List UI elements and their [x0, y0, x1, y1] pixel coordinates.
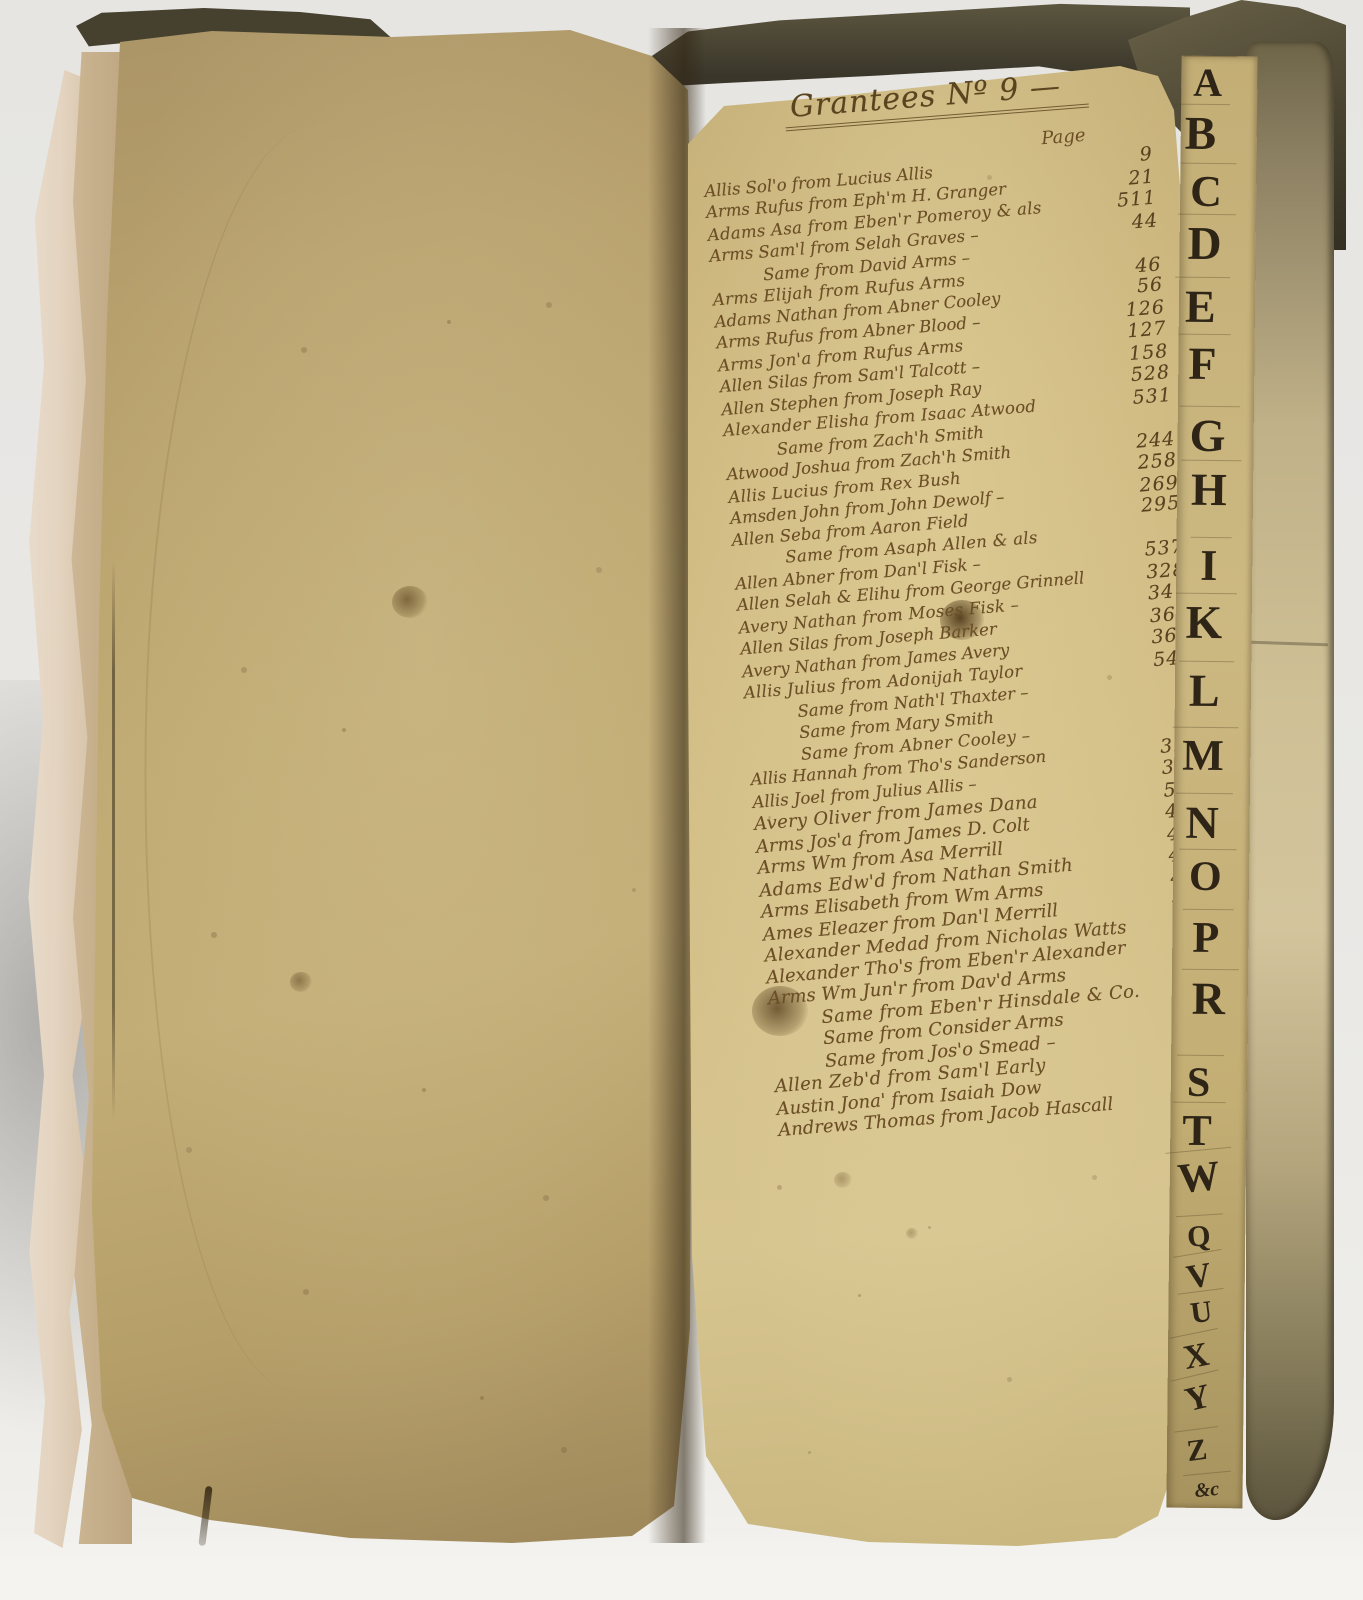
ink-stain [906, 1228, 918, 1239]
index-tab: F [1188, 341, 1217, 387]
index-tab: P [1192, 916, 1219, 960]
page-number: 258 [1137, 448, 1178, 473]
index-tab: G [1189, 413, 1225, 459]
page-edge-crack [112, 560, 115, 1120]
page-number: 295 [1140, 492, 1181, 517]
index-tab: M [1182, 734, 1224, 778]
index-tab: W [1176, 1155, 1222, 1201]
index-tab: X [1181, 1338, 1212, 1376]
page-number: 9 [1139, 143, 1154, 166]
left-page [92, 28, 694, 1550]
index-tab: Y [1182, 1380, 1214, 1419]
index-tab: U [1189, 1297, 1214, 1330]
index-tab: T [1182, 1109, 1212, 1153]
index-tab: O [1189, 856, 1222, 898]
index-entries: Allis Sol'o from Lucius Allis 9 Arms Ruf… [704, 145, 1231, 1157]
index-tab: N [1185, 800, 1219, 846]
ink-stain [834, 1172, 852, 1188]
index-tab: L [1189, 668, 1220, 714]
left-page-crease [127, 119, 492, 1397]
index-tab: A [1193, 63, 1222, 103]
page-number: 44 [1131, 209, 1159, 233]
index-tab: R [1191, 976, 1225, 1022]
index-tab: S [1187, 1062, 1211, 1104]
alphabet-tab-strip: ABCDEFGHIKLMNOPRSTWQVUXYZ&c [1166, 56, 1257, 1509]
ink-stain [392, 586, 428, 618]
fore-edge-crease [1250, 641, 1328, 647]
index-tab: K [1185, 600, 1222, 647]
index-tab: I [1200, 544, 1218, 588]
index-tab: E [1185, 284, 1216, 330]
page-number: 127 [1127, 317, 1168, 342]
index-tab: &c [1194, 1479, 1220, 1501]
index-tab: C [1190, 170, 1222, 214]
page-number: 56 [1136, 274, 1164, 298]
ledger-photo: Grantees Nº 9 — Page Allis Sol'o from Lu… [0, 0, 1363, 1600]
index-tab: D [1187, 221, 1221, 268]
index-tab: Q [1186, 1221, 1211, 1252]
handwritten-index: Grantees Nº 9 — Page Allis Sol'o from Lu… [702, 124, 1246, 1167]
index-tab: Z [1185, 1435, 1209, 1467]
page-number: 528 [1130, 361, 1171, 386]
index-tab: B [1185, 111, 1217, 158]
page-number: 511 [1116, 186, 1157, 211]
ink-stain [290, 972, 312, 992]
index-tab: H [1191, 467, 1227, 513]
page-column-header: Page [1040, 125, 1086, 149]
book-fore-edge [1246, 42, 1334, 1520]
page-number: 531 [1132, 384, 1173, 409]
